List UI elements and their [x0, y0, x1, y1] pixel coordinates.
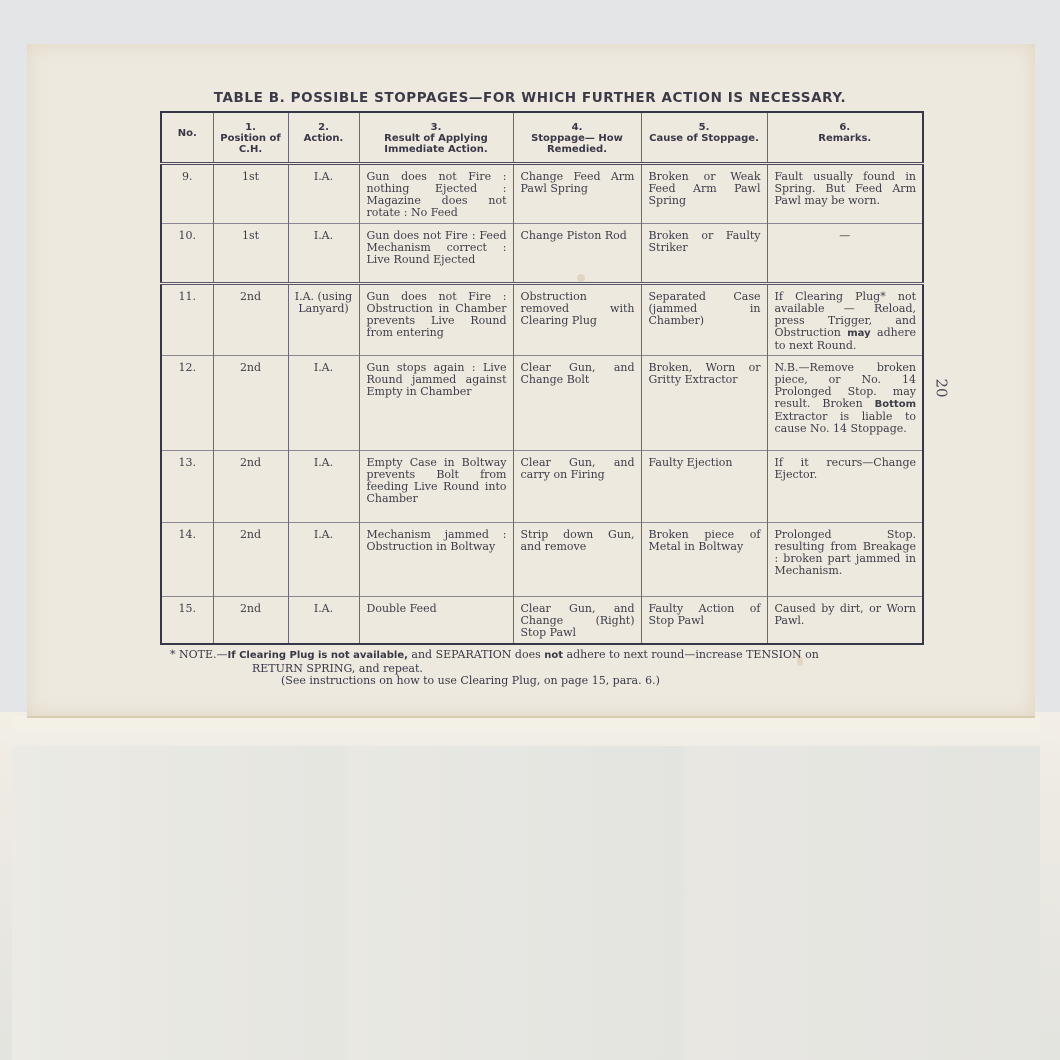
- table-row: 14. 2nd I.A. Mechanism jammed : Obstruct…: [161, 523, 923, 597]
- header-num: 2.: [295, 122, 353, 133]
- header-num: 3.: [366, 122, 507, 133]
- note-text: adhere to next round—increase TENSION on: [563, 648, 819, 661]
- manual-page: TABLE B. POSSIBLE STOPPAGES—FOR WHICH FU…: [27, 44, 1035, 718]
- table-row: 9. 1st I.A. Gun does not Fire : nothing …: [161, 164, 923, 224]
- table-title: TABLE B. POSSIBLE STOPPAGES—FOR WHICH FU…: [27, 90, 1033, 106]
- cell-no: 10.: [161, 224, 213, 284]
- header-num: 6.: [774, 122, 917, 133]
- cell-result: Gun does not Fire : Feed Mechanism corre…: [359, 224, 513, 284]
- cell-remarks: If it recurs—Change Ejector.: [767, 451, 923, 523]
- header-label: Stoppage— How Remedied.: [520, 133, 635, 155]
- cell-position: 2nd: [213, 356, 288, 451]
- cell-remarks: Caused by dirt, or Worn Pawl.: [767, 597, 923, 644]
- cell-position: 2nd: [213, 597, 288, 644]
- cell-remedy: Change Feed Arm Pawl Spring: [513, 164, 641, 224]
- cell-no: 11.: [161, 284, 213, 356]
- header-label: Action.: [295, 133, 353, 144]
- cell-cause: Broken piece of Metal in Boltway: [641, 523, 767, 597]
- note-line-3: (See instructions on how to use Clearing…: [170, 675, 970, 688]
- cell-result: Double Feed: [359, 597, 513, 644]
- cell-no: 12.: [161, 356, 213, 451]
- cell-remarks: Prolonged Stop. resulting from Breakage …: [767, 523, 923, 597]
- cell-result: Gun stops again : Live Round jammed agai…: [359, 356, 513, 451]
- table-row: 15. 2nd I.A. Double Feed Clear Gun, and …: [161, 597, 923, 644]
- note-bold-text: If Clearing Plug is not available,: [228, 650, 408, 661]
- cell-action: I.A. (using Lanyard): [288, 284, 359, 356]
- cell-remedy: Clear Gun, and Change (Right) Stop Pawl: [513, 597, 641, 644]
- page-number: 20: [933, 378, 951, 397]
- column-header-remarks: 6.Remarks.: [767, 112, 923, 164]
- cell-result: Mechanism jammed : Obstruction in Boltwa…: [359, 523, 513, 597]
- cell-cause: Broken, Worn or Gritty Extractor: [641, 356, 767, 451]
- cell-no: 13.: [161, 451, 213, 523]
- cell-action: I.A.: [288, 451, 359, 523]
- column-header-position: 1.Position of C.H.: [213, 112, 288, 164]
- note-bold-text: not: [544, 650, 563, 661]
- cell-action: I.A.: [288, 356, 359, 451]
- table-row: 11. 2nd I.A. (using Lanyard) Gun does no…: [161, 284, 923, 356]
- note-prefix: * NOTE.—: [170, 648, 228, 661]
- cell-action: I.A.: [288, 597, 359, 644]
- header-row: No. 1.Position of C.H. 2.Action. 3.Resul…: [161, 112, 923, 164]
- cell-action: I.A.: [288, 523, 359, 597]
- header-label: Position of C.H.: [220, 133, 282, 155]
- cell-result: Empty Case in Boltway prevents Bolt from…: [359, 451, 513, 523]
- header-label: No.: [168, 122, 207, 139]
- remarks-bold-text: may: [847, 328, 870, 339]
- cell-position: 2nd: [213, 451, 288, 523]
- cell-result: Gun does not Fire : nothing Ejected : Ma…: [359, 164, 513, 224]
- cell-no: 15.: [161, 597, 213, 644]
- column-header-cause: 5.Cause of Stoppage.: [641, 112, 767, 164]
- cell-no: 14.: [161, 523, 213, 597]
- cell-cause: Broken or Weak Feed Arm Pawl Spring: [641, 164, 767, 224]
- remarks-text: Extractor is liable to cause No. 14 Stop…: [775, 410, 917, 435]
- cell-remarks: N.B.—Remove broken piece, or No. 14 Prol…: [767, 356, 923, 451]
- column-header-no: No.: [161, 112, 213, 164]
- remarks-bold-text: Bottom: [875, 399, 916, 410]
- cell-cause: Faulty Action of Stop Pawl: [641, 597, 767, 644]
- cell-position: 2nd: [213, 284, 288, 356]
- header-num: 4.: [520, 122, 635, 133]
- cell-cause: Faulty Ejection: [641, 451, 767, 523]
- cell-remedy: Change Piston Rod: [513, 224, 641, 284]
- cell-remedy: Clear Gun, and carry on Firing: [513, 451, 641, 523]
- cell-result: Gun does not Fire : Obstruction in Chamb…: [359, 284, 513, 356]
- column-header-remedy: 4.Stoppage— How Remedied.: [513, 112, 641, 164]
- cell-remarks: If Clearing Plug* not available — Reload…: [767, 284, 923, 356]
- header-num: 1.: [220, 122, 282, 133]
- cell-position: 2nd: [213, 523, 288, 597]
- table-row: 12. 2nd I.A. Gun stops again : Live Roun…: [161, 356, 923, 451]
- page-fold: [12, 716, 1040, 746]
- stoppages-table: No. 1.Position of C.H. 2.Action. 3.Resul…: [160, 111, 924, 645]
- cell-position: 1st: [213, 224, 288, 284]
- column-header-action: 2.Action.: [288, 112, 359, 164]
- table-row: 13. 2nd I.A. Empty Case in Boltway preve…: [161, 451, 923, 523]
- cell-cause: Broken or Faulty Striker: [641, 224, 767, 284]
- cell-remedy: Obstruction removed with Clearing Plug: [513, 284, 641, 356]
- cell-action: I.A.: [288, 224, 359, 284]
- footnote: * NOTE.—If Clearing Plug is not availabl…: [170, 649, 970, 688]
- cell-remedy: Strip down Gun, and remove: [513, 523, 641, 597]
- header-num: 5.: [648, 122, 761, 133]
- cell-remedy: Clear Gun, and Change Bolt: [513, 356, 641, 451]
- cell-position: 1st: [213, 164, 288, 224]
- column-header-result: 3.Result of Applying Immediate Action.: [359, 112, 513, 164]
- header-label: Result of Applying Immediate Action.: [366, 133, 507, 155]
- cell-remarks: Fault usually found in Spring. But Feed …: [767, 164, 923, 224]
- header-label: Remarks.: [774, 133, 917, 144]
- cell-cause: Separated Case (jammed in Chamber): [641, 284, 767, 356]
- header-label: Cause of Stoppage.: [648, 133, 761, 144]
- cell-remarks: —: [767, 224, 923, 284]
- note-text: and SEPARATION does: [408, 648, 544, 661]
- table-row: 10. 1st I.A. Gun does not Fire : Feed Me…: [161, 224, 923, 284]
- cell-action: I.A.: [288, 164, 359, 224]
- cell-no: 9.: [161, 164, 213, 224]
- facing-blank-page: [12, 716, 1040, 1060]
